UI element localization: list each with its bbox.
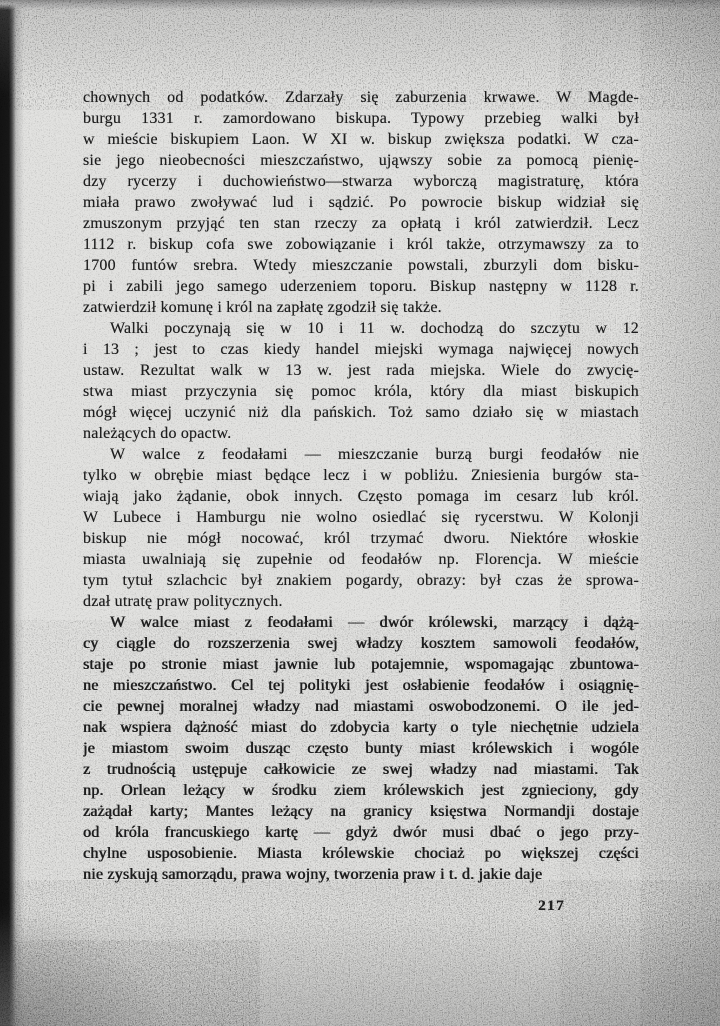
text-line: cie pewnej moralnej władzy nad miastami … [83, 696, 639, 717]
text-line: pi i zabili jego samego uderzeniem topor… [83, 276, 639, 297]
text-line: miasta uwalniają się zupełnie od feodałó… [83, 549, 639, 570]
text-line: wiają jako żądanie, obok innych. Często … [83, 486, 639, 507]
text-line: ustaw. Rezultat walk w 13 w. jest rada m… [83, 360, 639, 381]
text-line: 1112 r. biskup cofa swe zobowiązanie i k… [83, 234, 639, 255]
text-line: zażądał karty; Mantes leżący na granicy … [83, 801, 639, 822]
text-line: tylko w obrębie miast będące lecz i w po… [83, 465, 639, 486]
page-text-block: chownych od podatków. Zdarzały się zabur… [83, 87, 639, 885]
text-line: np. Orlean leżący w środku ziem królewsk… [83, 780, 639, 801]
text-line: sie jego nieobecności mieszczaństwo, ują… [83, 150, 639, 171]
text-line: W walce z feodałami — mieszczanie burzą … [83, 444, 639, 465]
text-line: chylne usposobienie. Miasta królewskie c… [83, 843, 639, 864]
text-line: chownych od podatków. Zdarzały się zabur… [83, 87, 639, 108]
page-top-shadow [0, 0, 720, 10]
text-line: nak wspiera dążność miast do zdobycia ka… [83, 717, 639, 738]
text-line: nie zyskują samorządu, prawa wojny, twor… [83, 864, 639, 885]
text-line: tym tytuł szlachcic był znakiem pogardy,… [83, 570, 639, 591]
text-line: od króla francuskiego kartę — gdyż dwór … [83, 822, 639, 843]
paragraph: W walce miast z feodałami — dwór królews… [83, 612, 639, 885]
scanned-page: chownych od podatków. Zdarzały się zabur… [0, 0, 720, 1026]
text-line: zmuszonym przyjąć ten stan rzeczy za opł… [83, 213, 639, 234]
text-line: cy ciągle do rozszerzenia swej władzy ko… [83, 633, 639, 654]
text-line: z trudnością ustępuje całkowicie ze swej… [83, 759, 639, 780]
page-number: 217 [538, 897, 565, 915]
text-line: zatwierdził komunę i król na zapłatę zgo… [83, 297, 639, 318]
text-line: je miastom swoim dusząc często bunty mia… [83, 738, 639, 759]
paragraph: Walki poczynają się w 10 i 11 w. dochodz… [83, 318, 639, 444]
text-line: burgu 1331 r. zamordowano biskupa. Typow… [83, 108, 639, 129]
text-line: W Lubece i Hamburgu nie wolno osiedlać s… [83, 507, 639, 528]
text-line: w mieście biskupiem Laon. W XI w. biskup… [83, 129, 639, 150]
text-line: 1700 funtów srebra. Wtedy mieszczanie po… [83, 255, 639, 276]
text-line: miała prawo zwoływać lud i sądzić. Po po… [83, 192, 639, 213]
text-line: biskup nie mógł nocować, król trzymać dw… [83, 528, 639, 549]
text-line: stwa miast przyczynia się pomoc króla, k… [83, 381, 639, 402]
paragraph: chownych od podatków. Zdarzały się zabur… [83, 87, 639, 318]
page-gutter-shadow [0, 0, 24, 1026]
text-line: mógł więcej uczynić niż dla pańskich. To… [83, 402, 639, 423]
text-line: W walce miast z feodałami — dwór królews… [83, 612, 639, 633]
text-line: należących do opactw. [83, 423, 639, 444]
text-line: ne mieszczaństwo. Cel tej polityki jest … [83, 675, 639, 696]
paragraph: W walce z feodałami — mieszczanie burzą … [83, 444, 639, 612]
text-line: dzy rycerzy i duchowieństwo—stwarza wybo… [83, 171, 639, 192]
text-line: Walki poczynają się w 10 i 11 w. dochodz… [83, 318, 639, 339]
text-line: dzał utratę praw politycznych. [83, 591, 639, 612]
text-line: i 13 ; jest to czas kiedy handel miejski… [83, 339, 639, 360]
text-line: staje po stronie miast jawnie lub potaje… [83, 654, 639, 675]
